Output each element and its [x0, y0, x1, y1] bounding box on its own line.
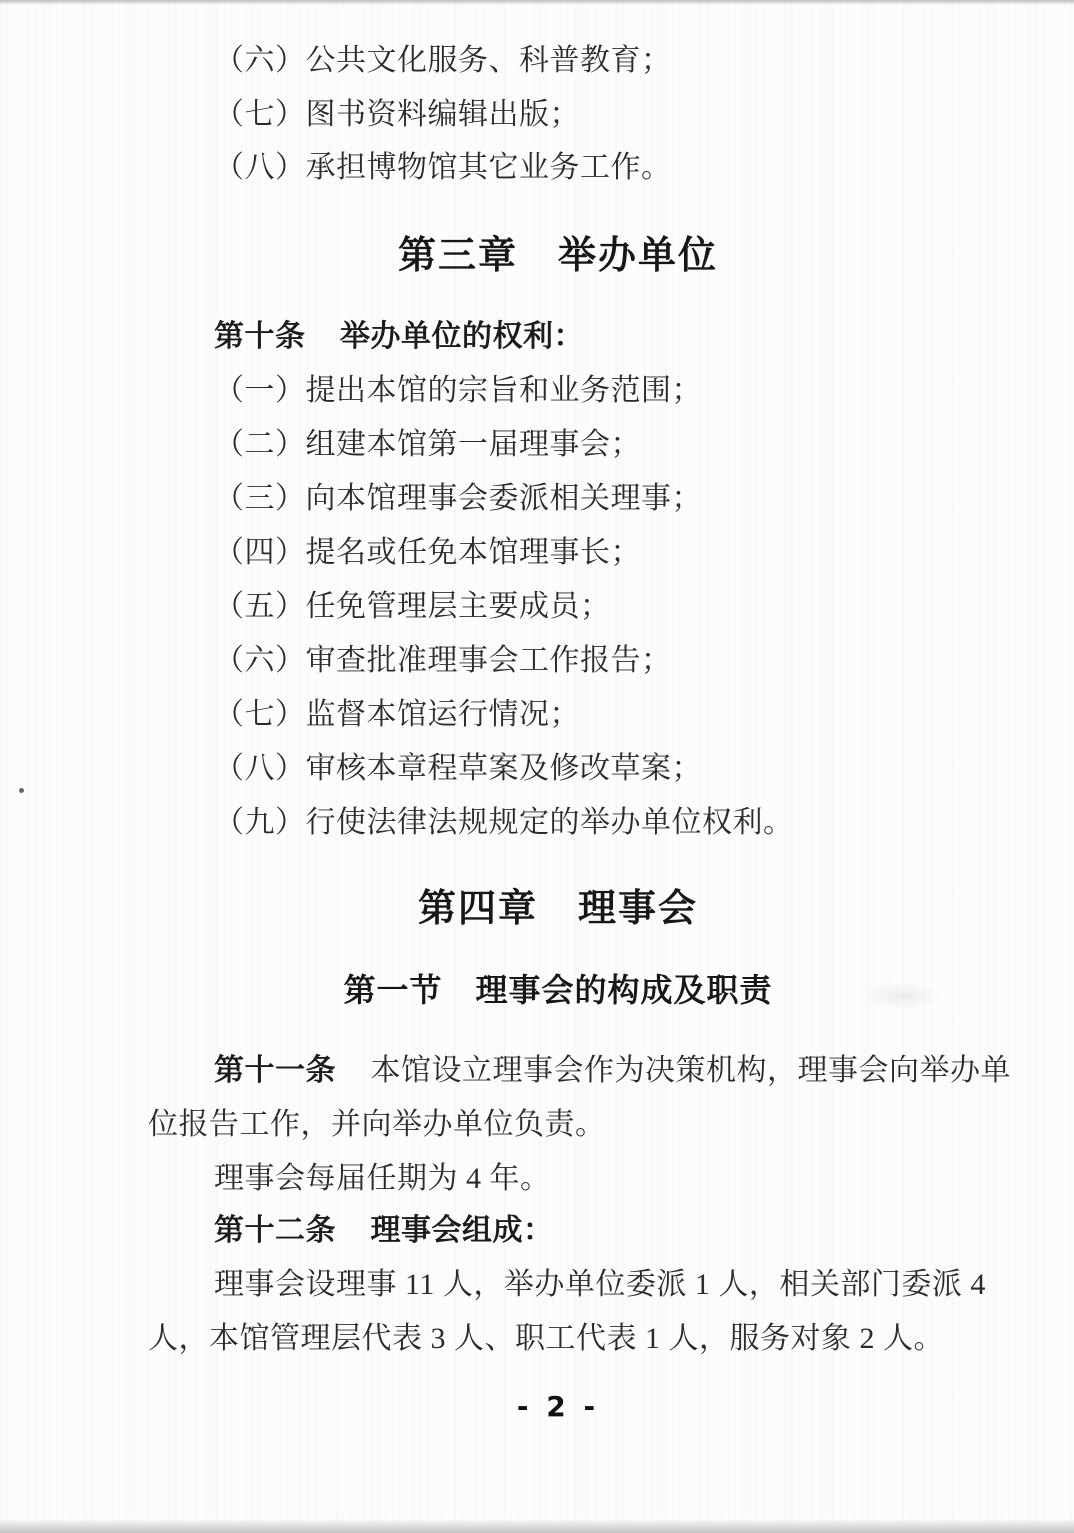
scan-smudge [862, 982, 942, 1010]
scan-edge-bottom [0, 1519, 1074, 1533]
article-11-line-1: 第十一条本馆设立理事会作为决策机构，理事会向举办单 [214, 1052, 1011, 1090]
list-item: （九）行使法律法规规定的举办单位权利。 [214, 804, 794, 842]
article-10-label: 第十条 [214, 320, 306, 353]
article-10-heading: 第十条举办单位的权利： [214, 318, 584, 356]
page-number: - 2 - [148, 1390, 968, 1423]
list-item: （三）向本馆理事会委派相关理事； [214, 480, 702, 518]
article-11-label: 第十一条 [214, 1054, 336, 1087]
scanned-document-page: （六）公共文化服务、科普教育； （七）图书资料编辑出版； （八）承担博物馆其它业… [0, 0, 1074, 1533]
article-12-title: 理事会组成： [371, 1214, 554, 1247]
article-12-line-2: 人，本馆管理层代表 3 人、职工代表 1 人，服务对象 2 人。 [148, 1320, 944, 1358]
list-item: （五）任免管理层主要成员； [214, 588, 611, 626]
article-10-title: 举办单位的权利： [340, 320, 584, 353]
list-item: （八）审核本章程草案及修改草案； [214, 750, 702, 788]
list-item: （七）监督本馆运行情况； [214, 696, 580, 734]
list-item: （一）提出本馆的宗旨和业务范围； [214, 372, 702, 410]
list-item: （六）公共文化服务、科普教育； [214, 42, 672, 80]
article-11-text: 本馆设立理事会作为决策机构，理事会向举办单 [371, 1054, 1012, 1087]
section-1-title: 第一节 理事会的构成及职责 [148, 965, 968, 1011]
article-11-paragraph-2: 理事会每届任期为 4 年。 [214, 1160, 551, 1198]
list-item: （七）图书资料编辑出版； [214, 96, 580, 134]
chapter-4-title: 第四章 理事会 [148, 877, 968, 932]
article-11-line-2: 位报告工作，并向举办单位负责。 [148, 1106, 606, 1144]
list-item: （六）审查批准理事会工作报告； [214, 642, 672, 680]
article-12-label: 第十二条 [214, 1214, 336, 1247]
scan-edge-top [0, 0, 1074, 5]
list-item: （四）提名或任免本馆理事长； [214, 534, 641, 572]
article-12-line-1: 理事会设理事 11 人，举办单位委派 1 人，相关部门委派 4 [214, 1266, 986, 1304]
ink-speck [19, 788, 24, 793]
list-item: （八）承担博物馆其它业务工作。 [214, 149, 672, 187]
article-12-heading: 第十二条理事会组成： [214, 1212, 554, 1250]
chapter-3-title: 第三章 举办单位 [148, 224, 968, 279]
list-item: （二）组建本馆第一届理事会； [214, 426, 641, 464]
